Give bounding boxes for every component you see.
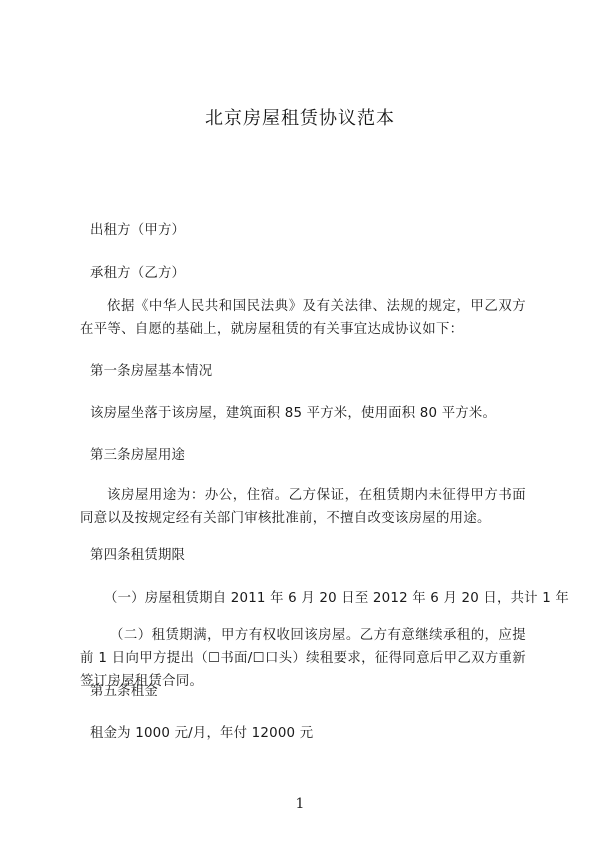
article5-heading: 第五条租金 bbox=[90, 680, 158, 699]
article4-clause1: （一）房屋租赁期自 2011 年 6 月 20 日至 2012 年 6 月 20… bbox=[104, 587, 569, 606]
document-title: 北京房屋租赁协议范本 bbox=[0, 104, 600, 130]
article3-heading: 第三条房屋用途 bbox=[90, 444, 185, 463]
article1-heading: 第一条房屋基本情况 bbox=[90, 360, 212, 379]
article1-body: 该房屋坐落于该房屋，建筑面积 85 平方米，使用面积 80 平方米。 bbox=[90, 402, 496, 421]
article5-body: 租金为 1000 元/月，年付 12000 元 bbox=[90, 722, 313, 741]
preamble-paragraph: 依据《中华人民共和国民法典》及有关法律、法规的规定，甲乙双方在平等、自愿的基础上… bbox=[80, 295, 526, 341]
lessor-label: 出租方（甲方） bbox=[90, 219, 185, 238]
document-page: 北京房屋租赁协议范本 出租方（甲方） 承租方（乙方） 依据《中华人民共和国民法典… bbox=[0, 0, 600, 848]
page-number: 1 bbox=[0, 796, 600, 812]
article3-body: 该房屋用途为：办公，住宿。乙方保证，在租赁期内未征得甲方书面同意以及按规定经有关… bbox=[80, 484, 526, 530]
lessee-label: 承租方（乙方） bbox=[90, 262, 185, 281]
article4-heading: 第四条租赁期限 bbox=[90, 544, 185, 563]
